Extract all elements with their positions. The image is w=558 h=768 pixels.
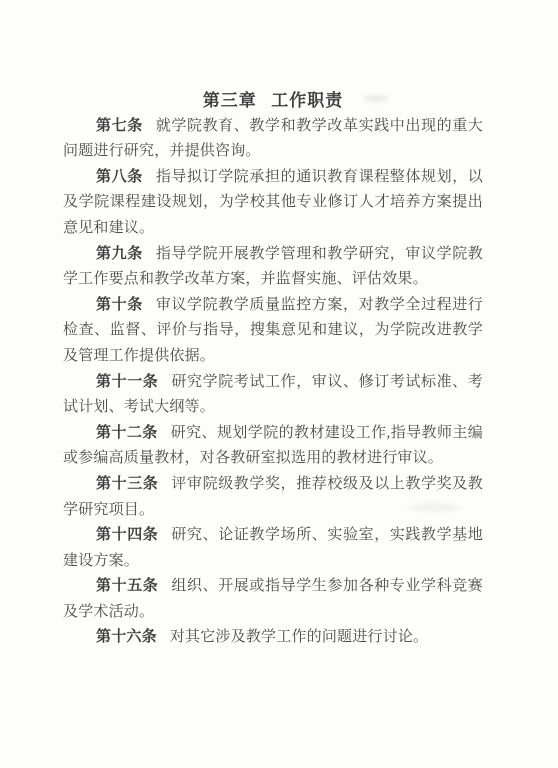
article-paragraph: 第七条就学院教育、教学和教学改革实践中出现的重大问题进行研究，并提供咨询。 (63, 114, 483, 165)
article-number: 第七条 (96, 118, 156, 134)
article-paragraph: 第八条指导拟订学院承担的通识教育课程整体规划，以及学院课程建设规划，为学校其他专… (63, 165, 483, 242)
document-page: 第三章工作职责 第七条就学院教育、教学和教学改革实践中出现的重大问题进行研究，并… (0, 0, 558, 768)
article-paragraph: 第十三条评审院级教学奖，推荐校级及以上教学奖及教学研究项目。 (63, 472, 483, 523)
article-number: 第十五条 (96, 578, 171, 594)
chapter-number: 第三章 (203, 91, 257, 110)
article-paragraph: 第十二条研究、规划学院的教材建设工作,指导教师主编或参编高质量教材，对各教研室拟… (63, 421, 483, 472)
articles-list: 第七条就学院教育、教学和教学改革实践中出现的重大问题进行研究，并提供咨询。 第八… (63, 114, 483, 651)
article-paragraph: 第十五条组织、开展或指导学生参加各种专业学科竞赛及学术活动。 (63, 574, 483, 625)
article-number: 第八条 (96, 169, 156, 185)
article-paragraph: 第十四条研究、论证教学场所、实验室，实践教学基地建设方案。 (63, 523, 483, 574)
article-paragraph: 第十六条对其它涉及教学工作的问题进行讨论。 (63, 625, 483, 651)
article-number: 第十条 (96, 297, 156, 313)
document-content: 第三章工作职责 第七条就学院教育、教学和教学改革实践中出现的重大问题进行研究，并… (63, 88, 483, 651)
article-text: 对其它涉及教学工作的问题进行讨论。 (170, 629, 428, 645)
article-number: 第十二条 (96, 425, 171, 441)
article-number: 第十一条 (96, 374, 171, 390)
article-paragraph: 第十条审议学院教学质量监控方案，对教学全过程进行检查、监督、评价与指导，搜集意见… (63, 293, 483, 370)
article-paragraph: 第九条指导学院开展教学管理和教学研究，审议学院教学工作要点和教学改革方案，并监督… (63, 242, 483, 293)
chapter-name: 工作职责 (271, 91, 343, 110)
article-number: 第九条 (96, 246, 156, 262)
article-number: 第十三条 (96, 476, 171, 492)
chapter-title: 第三章工作职责 (63, 88, 483, 114)
article-number: 第十四条 (96, 527, 171, 543)
article-number: 第十六条 (96, 629, 170, 645)
article-paragraph: 第十一条研究学院考试工作，审议、修订考试标准、考试计划、考试大纲等。 (63, 370, 483, 421)
